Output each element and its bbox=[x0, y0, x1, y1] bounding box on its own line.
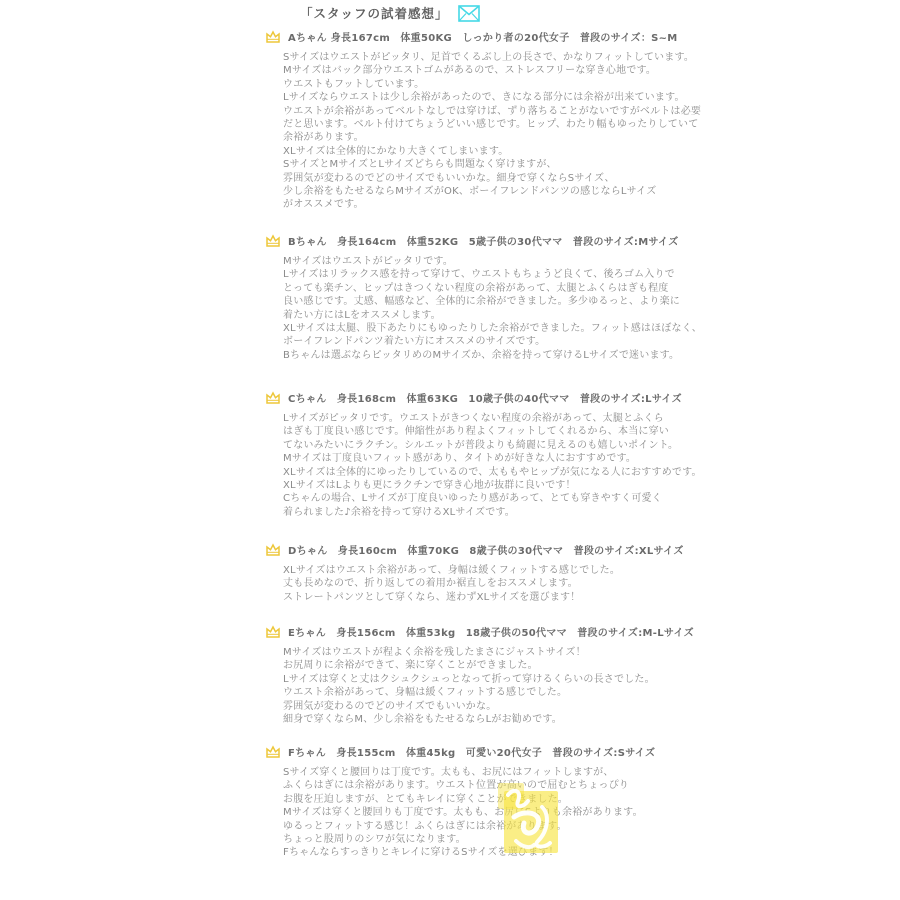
review-line: XLサイズはウエスト余裕があって、身幅は緩くフィットする感じでした。 bbox=[283, 564, 637, 577]
review-line: XLサイズは全体的にかなり大きくてしまいます。 bbox=[283, 145, 637, 158]
review-line: お腹を圧迫しますが、とてもキレイに穿くことができました。 bbox=[283, 793, 637, 806]
staff-review-body: Mサイズはウエストがピッタリです。Lサイズはリラックス感を持って穿けて、ウエスト… bbox=[265, 255, 637, 362]
staff-header-text: Fちゃん 身長155cm 体重45kg 可愛い20代女子 普段のサイズ:Sサイズ bbox=[288, 744, 655, 759]
review-line: Mサイズは丁度良いフィット感があり、タイトめが好きな人におすすめです。 bbox=[283, 452, 637, 465]
review-line: 雰囲気が変わるのでどのサイズでもいいかな。 bbox=[283, 700, 637, 713]
staff-header: Dちゃん 身長160cm 体重70KG 8歳子供の30代ママ 普段のサイズ:XL… bbox=[265, 542, 637, 557]
page-title: 「スタッフの試着感想」 bbox=[300, 4, 449, 22]
staff-review-body: Mサイズはウエストが程よく余裕を残したまさにジャストサイズ！お尻周りに余裕ができ… bbox=[265, 646, 637, 726]
review-line: Mサイズはウエストがピッタリです。 bbox=[283, 255, 637, 268]
staff-header: Bちゃん 身長164cm 体重52KG 5歳子供の30代ママ 普段のサイズ:Mサ… bbox=[265, 233, 637, 248]
staff-header-text: Bちゃん 身長164cm 体重52KG 5歳子供の30代ママ 普段のサイズ:Mサ… bbox=[288, 233, 679, 248]
staff-section-f: Fちゃん 身長155cm 体重45kg 可愛い20代女子 普段のサイズ:Sサイズ… bbox=[265, 744, 637, 860]
review-line: 余裕があります。 bbox=[283, 131, 637, 144]
staff-header: Fちゃん 身長155cm 体重45kg 可愛い20代女子 普段のサイズ:Sサイズ bbox=[265, 744, 637, 759]
staff-review-body: Sサイズ穿くと腰回りは丁度です。太もも、お尻にはフィットしますが、ふくらはぎには… bbox=[265, 766, 637, 860]
envelope-icon bbox=[458, 5, 480, 22]
review-line: はぎも丁度良い感じです。伸縮性があり程よくフィットしてくれるから、本当に穿い bbox=[283, 425, 637, 438]
review-line: Bちゃんは選ぶならピッタリめのMサイズか、余裕を持って穿けるLサイズで迷います。 bbox=[283, 349, 637, 362]
review-line: XLサイズは全体的にゆったりしているので、太ももやヒップが気になる人におすすめで… bbox=[283, 466, 637, 479]
staff-section-e: Eちゃん 身長156cm 体重53kg 18歳子供の50代ママ 普段のサイズ:M… bbox=[265, 624, 637, 726]
review-line: SサイズとMサイズとLサイズどちらも問題なく穿けますが、 bbox=[283, 158, 637, 171]
staff-review-body: Sサイズはウエストがピッタリ、足首でくるぶし上の長さで、かなりフィットしています… bbox=[265, 51, 637, 212]
staff-header: Aちゃん 身長167cm 体重50KG しっかり者の20代女子 普段のサイズ：S… bbox=[265, 29, 637, 44]
staff-section-d: Dちゃん 身長160cm 体重70KG 8歳子供の30代ママ 普段のサイズ:XL… bbox=[265, 542, 637, 604]
review-line: ウエストもフットしています。 bbox=[283, 78, 637, 91]
review-line: XLサイズはLよりも更にラクチンで穿き心地が抜群に良いです！ bbox=[283, 479, 637, 492]
review-line: 着たい方にはLをオススメします。 bbox=[283, 309, 637, 322]
review-line: お尻周りに余裕ができて、楽に穿くことができました。 bbox=[283, 659, 637, 672]
staff-header-text: Eちゃん 身長156cm 体重53kg 18歳子供の50代ママ 普段のサイズ:M… bbox=[288, 624, 694, 639]
review-line: ウエストが余裕があってベルトなしでは穿けば、ずり落ちることがないですがベルトは必… bbox=[283, 105, 637, 118]
staff-review-page: 「スタッフの試着感想」 Aちゃん 身長167cm 体重50KG しっかり者の20… bbox=[0, 0, 900, 900]
staff-section-a: Aちゃん 身長167cm 体重50KG しっかり者の20代女子 普段のサイズ：S… bbox=[265, 29, 637, 212]
review-line: ちょっと股周りのシワが気になります。 bbox=[283, 833, 637, 846]
review-line: 丈も長めなので、折り返しての着用か裾直しをおススメします。 bbox=[283, 577, 637, 590]
crown-icon bbox=[265, 234, 281, 248]
review-line: がオススメです。 bbox=[283, 198, 637, 211]
review-line: Lサイズならウエストは少し余裕があったので、きになる部分には余裕が出来ています。 bbox=[283, 91, 637, 104]
review-line: ふくらはぎには余裕があります。ウエスト位置が高いので屈むとちょっぴり bbox=[283, 779, 637, 792]
staff-header: Cちゃん 身長168cm 体重63KG 10歳子供の40代ママ 普段のサイズ:L… bbox=[265, 390, 637, 405]
review-line: 少し余裕をもたせるならMサイズがOK、ボーイフレンドパンツの感じならLサイズ bbox=[283, 185, 637, 198]
staff-section-b: Bちゃん 身長164cm 体重52KG 5歳子供の30代ママ 普段のサイズ:Mサ… bbox=[265, 233, 637, 362]
review-line: Mサイズは穿くと腰回りも丁度です。太もも、お尻にSよりも余裕があります。 bbox=[283, 806, 637, 819]
review-line: Sサイズ穿くと腰回りは丁度です。太もも、お尻にはフィットしますが、 bbox=[283, 766, 637, 779]
review-line: とっても楽チン、ヒップはきつくない程度の余裕があって、太腿とふくらはぎも程度 bbox=[283, 282, 637, 295]
review-line: Fちゃんならすっきりとキレイに穿けるSサイズを選びます！ bbox=[283, 846, 637, 859]
review-line: Sサイズはウエストがピッタリ、足首でくるぶし上の長さで、かなりフィットしています… bbox=[283, 51, 637, 64]
review-line: Lサイズは穿くと丈はクシュクシュっとなって折って穿けるくらいの長さでした。 bbox=[283, 673, 637, 686]
review-line: Mサイズはウエストが程よく余裕を残したまさにジャストサイズ！ bbox=[283, 646, 637, 659]
page-title-row: 「スタッフの試着感想」 bbox=[300, 4, 480, 22]
staff-review-body: XLサイズはウエスト余裕があって、身幅は緩くフィットする感じでした。丈も長めなの… bbox=[265, 564, 637, 604]
crown-icon bbox=[265, 391, 281, 405]
staff-section-c: Cちゃん 身長168cm 体重63KG 10歳子供の40代ママ 普段のサイズ:L… bbox=[265, 390, 637, 519]
staff-header-text: Cちゃん 身長168cm 体重63KG 10歳子供の40代ママ 普段のサイズ:L… bbox=[288, 390, 682, 405]
review-line: XLサイズは太腿、股下あたりにもゆったりした余裕ができました。フィット感はほぼな… bbox=[283, 322, 637, 335]
crown-icon bbox=[265, 745, 281, 759]
review-line: てないみたいにラクチン。シルエットが普段よりも綺麗に見えるのも嬉しいポイント。 bbox=[283, 439, 637, 452]
crown-icon bbox=[265, 625, 281, 639]
review-line: ストレートパンツとして穿くなら、迷わずXLサイズを選びます！ bbox=[283, 591, 637, 604]
staff-header-text: Aちゃん 身長167cm 体重50KG しっかり者の20代女子 普段のサイズ：S… bbox=[288, 29, 678, 44]
review-line: だと思います。ベルト付けてちょうどいい感じです。ヒップ、わたり幅もゆったりしてい… bbox=[283, 118, 637, 131]
review-line: Lサイズはリラックス感を持って穿けて、ウエストもちょうど良くて、後ろゴム入りで bbox=[283, 268, 637, 281]
review-line: Mサイズはバック部分ウエストゴムがあるので、ストレスフリーな穿き心地です。 bbox=[283, 64, 637, 77]
crown-icon bbox=[265, 30, 281, 44]
crown-icon bbox=[265, 543, 281, 557]
review-line: 良い感じです。丈感、幅感など、全体的に余裕ができました。多少ゆるっと、より楽に bbox=[283, 295, 637, 308]
review-line: 着られました♪余裕を持って穿けるXLサイズです。 bbox=[283, 506, 637, 519]
staff-header-text: Dちゃん 身長160cm 体重70KG 8歳子供の30代ママ 普段のサイズ:XL… bbox=[288, 542, 684, 557]
review-line: ゆるっとフィットする感じ！ふくらはぎには余裕があります。 bbox=[283, 820, 637, 833]
review-line: ウエスト余裕があって、身幅は緩くフィットする感じでした。 bbox=[283, 686, 637, 699]
staff-header: Eちゃん 身長156cm 体重53kg 18歳子供の50代ママ 普段のサイズ:M… bbox=[265, 624, 637, 639]
review-line: ボーイフレンドパンツ着たい方にオススメのサイズです。 bbox=[283, 335, 637, 348]
review-line: 細身で穿くならM、少し余裕をもたせるならLがお勧めです。 bbox=[283, 713, 637, 726]
review-line: Cちゃんの場合、Lサイズが丁度良いゆったり感があって、とても穿きやすく可愛く bbox=[283, 492, 637, 505]
review-line: 雰囲気が変わるのでどのサイズでもいいかな。細身で穿くならSサイズ、 bbox=[283, 172, 637, 185]
review-line: Lサイズがピッタリです。ウエストがきつくない程度の余裕があって、太腿とふくら bbox=[283, 412, 637, 425]
staff-review-body: Lサイズがピッタリです。ウエストがきつくない程度の余裕があって、太腿とふくらはぎ… bbox=[265, 412, 637, 519]
